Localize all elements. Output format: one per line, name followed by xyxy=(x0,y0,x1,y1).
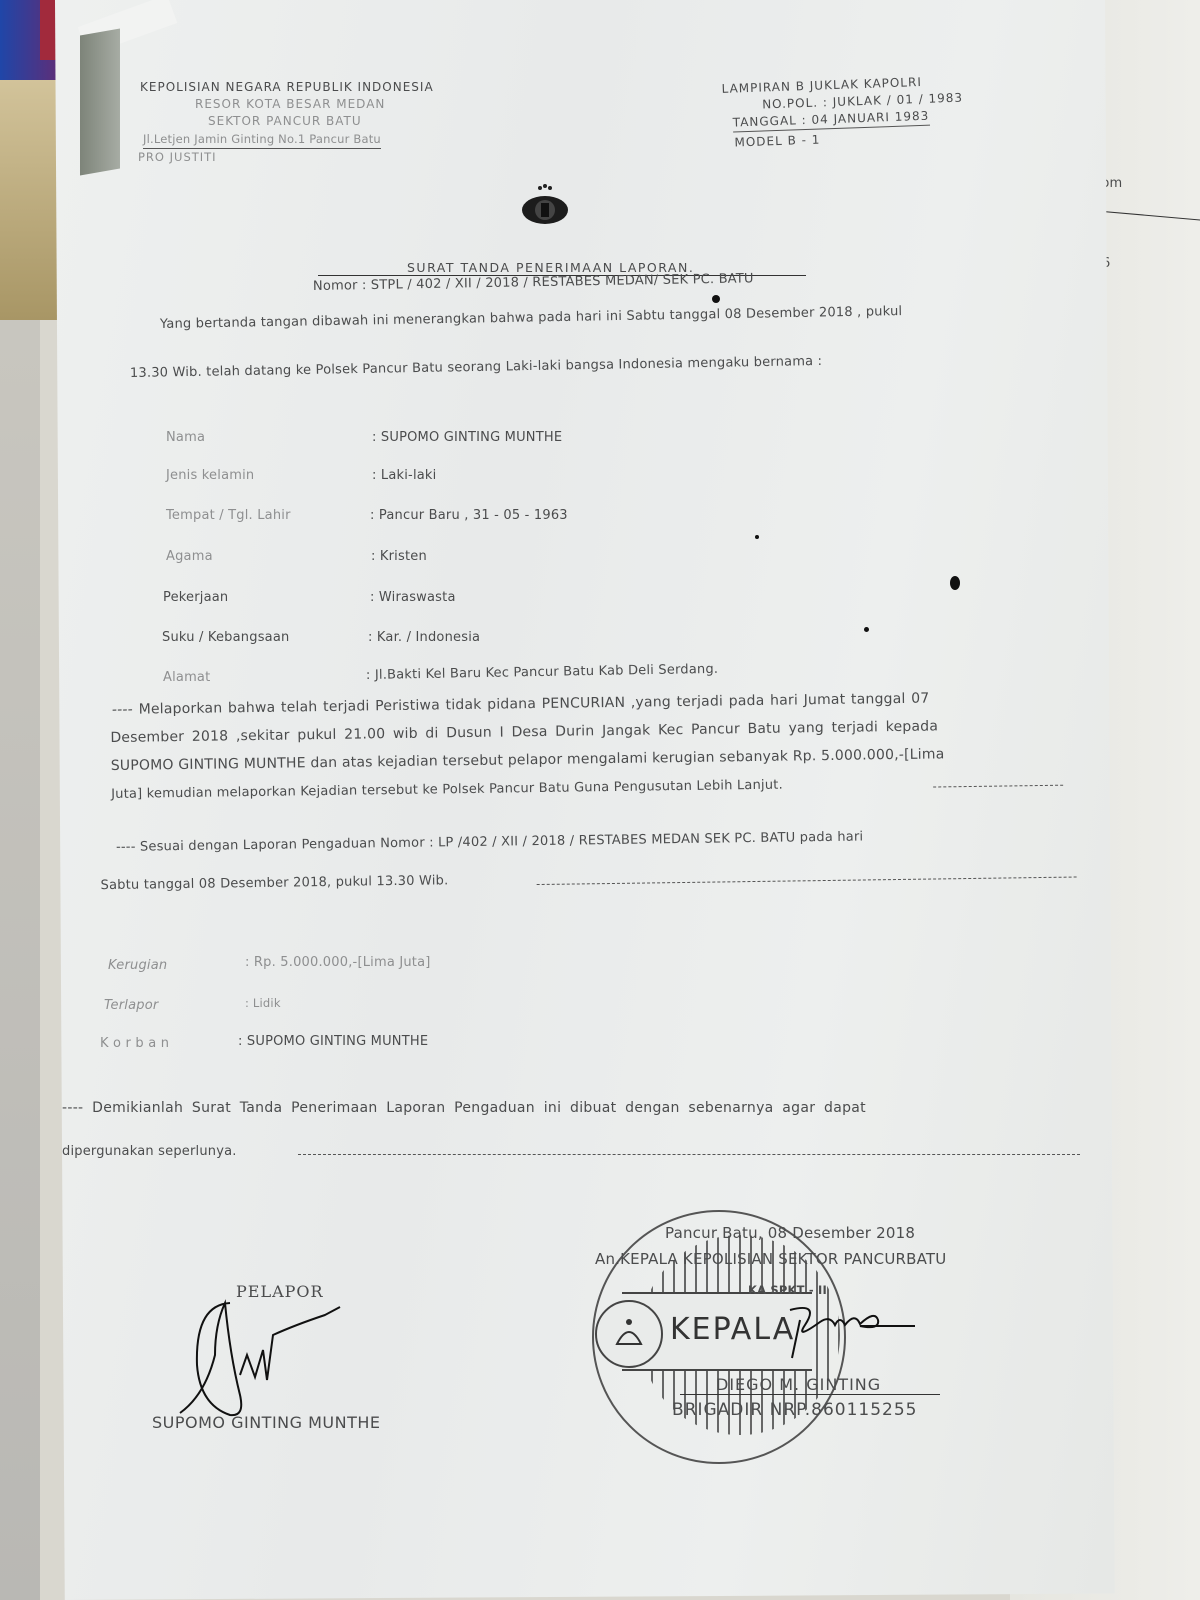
value-tempat-tgl-lahir: : Pancur Baru , 31 - 05 - 1963 xyxy=(370,508,568,523)
org-address: Jl.Letjen Jamin Ginting No.1 Pancur Batu xyxy=(143,132,381,149)
police-emblem-icon xyxy=(520,184,570,226)
label-alamat: Alamat xyxy=(163,670,210,685)
ink-spot xyxy=(755,535,759,539)
closing-line-1: ---- Demikianlah Surat Tanda Penerimaan … xyxy=(62,1100,866,1116)
officer-rank-nrp: BRIGADIR NRP.860115255 xyxy=(672,1400,918,1420)
reporter-name: SUPOMO GINTING MUNTHE xyxy=(152,1413,381,1432)
background-surface xyxy=(0,320,40,1600)
label-terlapor: Terlapor xyxy=(104,998,158,1013)
value-agama: : Kristen xyxy=(371,549,427,564)
ref-line-4: MODEL B - 1 xyxy=(734,133,820,150)
officer-name: DIEGO M. GINTING xyxy=(716,1375,881,1394)
label-tempat-tgl-lahir: Tempat / Tgl. Lahir xyxy=(166,508,291,523)
value-suku-kebangsaan: : Kar. / Indonesia xyxy=(368,630,480,645)
officer-name-underline xyxy=(680,1394,940,1395)
signature-unit: KA SPKT - II xyxy=(748,1283,827,1297)
org-line-1: KEPOLISIAN NEGARA REPUBLIK INDONESIA xyxy=(140,80,434,94)
closing-line-2: dipergunakan seperlunya. xyxy=(62,1144,237,1159)
label-kerugian: Kerugian xyxy=(108,958,167,973)
signature-place-date: Pancur Batu, 08 Desember 2018 xyxy=(665,1224,915,1242)
value-pekerjaan: : Wiraswasta xyxy=(370,590,456,605)
stamp-emblem-icon xyxy=(595,1300,663,1368)
ink-spot xyxy=(950,576,960,590)
label-jenis-kelamin: Jenis kelamin xyxy=(166,468,254,483)
signature-on-behalf: An.KEPALA KEPOLISIAN SEKTOR PANCURBATU xyxy=(595,1250,946,1268)
label-suku-kebangsaan: Suku / Kebangsaan xyxy=(162,630,289,645)
value-terlapor: : Lidik xyxy=(245,996,281,1010)
value-korban: : SUPOMO GINTING MUNTHE xyxy=(238,1034,428,1049)
value-jenis-kelamin: : Laki-laki xyxy=(372,468,436,483)
background-line xyxy=(1094,210,1200,221)
label-nama: Nama xyxy=(166,430,205,445)
reporter-signature-icon xyxy=(175,1295,375,1425)
pro-justitia: PRO JUSTITI xyxy=(138,150,217,164)
value-nama: : SUPOMO GINTING MUNTHE xyxy=(372,430,562,445)
page-fold-shadow xyxy=(80,28,120,175)
ink-spot xyxy=(864,627,869,632)
label-agama: Agama xyxy=(166,549,213,564)
org-line-3: SEKTOR PANCUR BATU xyxy=(208,114,362,128)
value-kerugian: : Rp. 5.000.000,-[Lima Juta] xyxy=(245,955,431,970)
label-korban: K o r b a n xyxy=(100,1036,169,1051)
closing-dash-fill xyxy=(298,1154,1080,1155)
officer-signature-icon xyxy=(760,1300,920,1360)
label-pekerjaan: Pekerjaan xyxy=(163,590,228,605)
org-line-2: RESOR KOTA BESAR MEDAN xyxy=(195,97,385,111)
ink-spot xyxy=(712,295,720,303)
